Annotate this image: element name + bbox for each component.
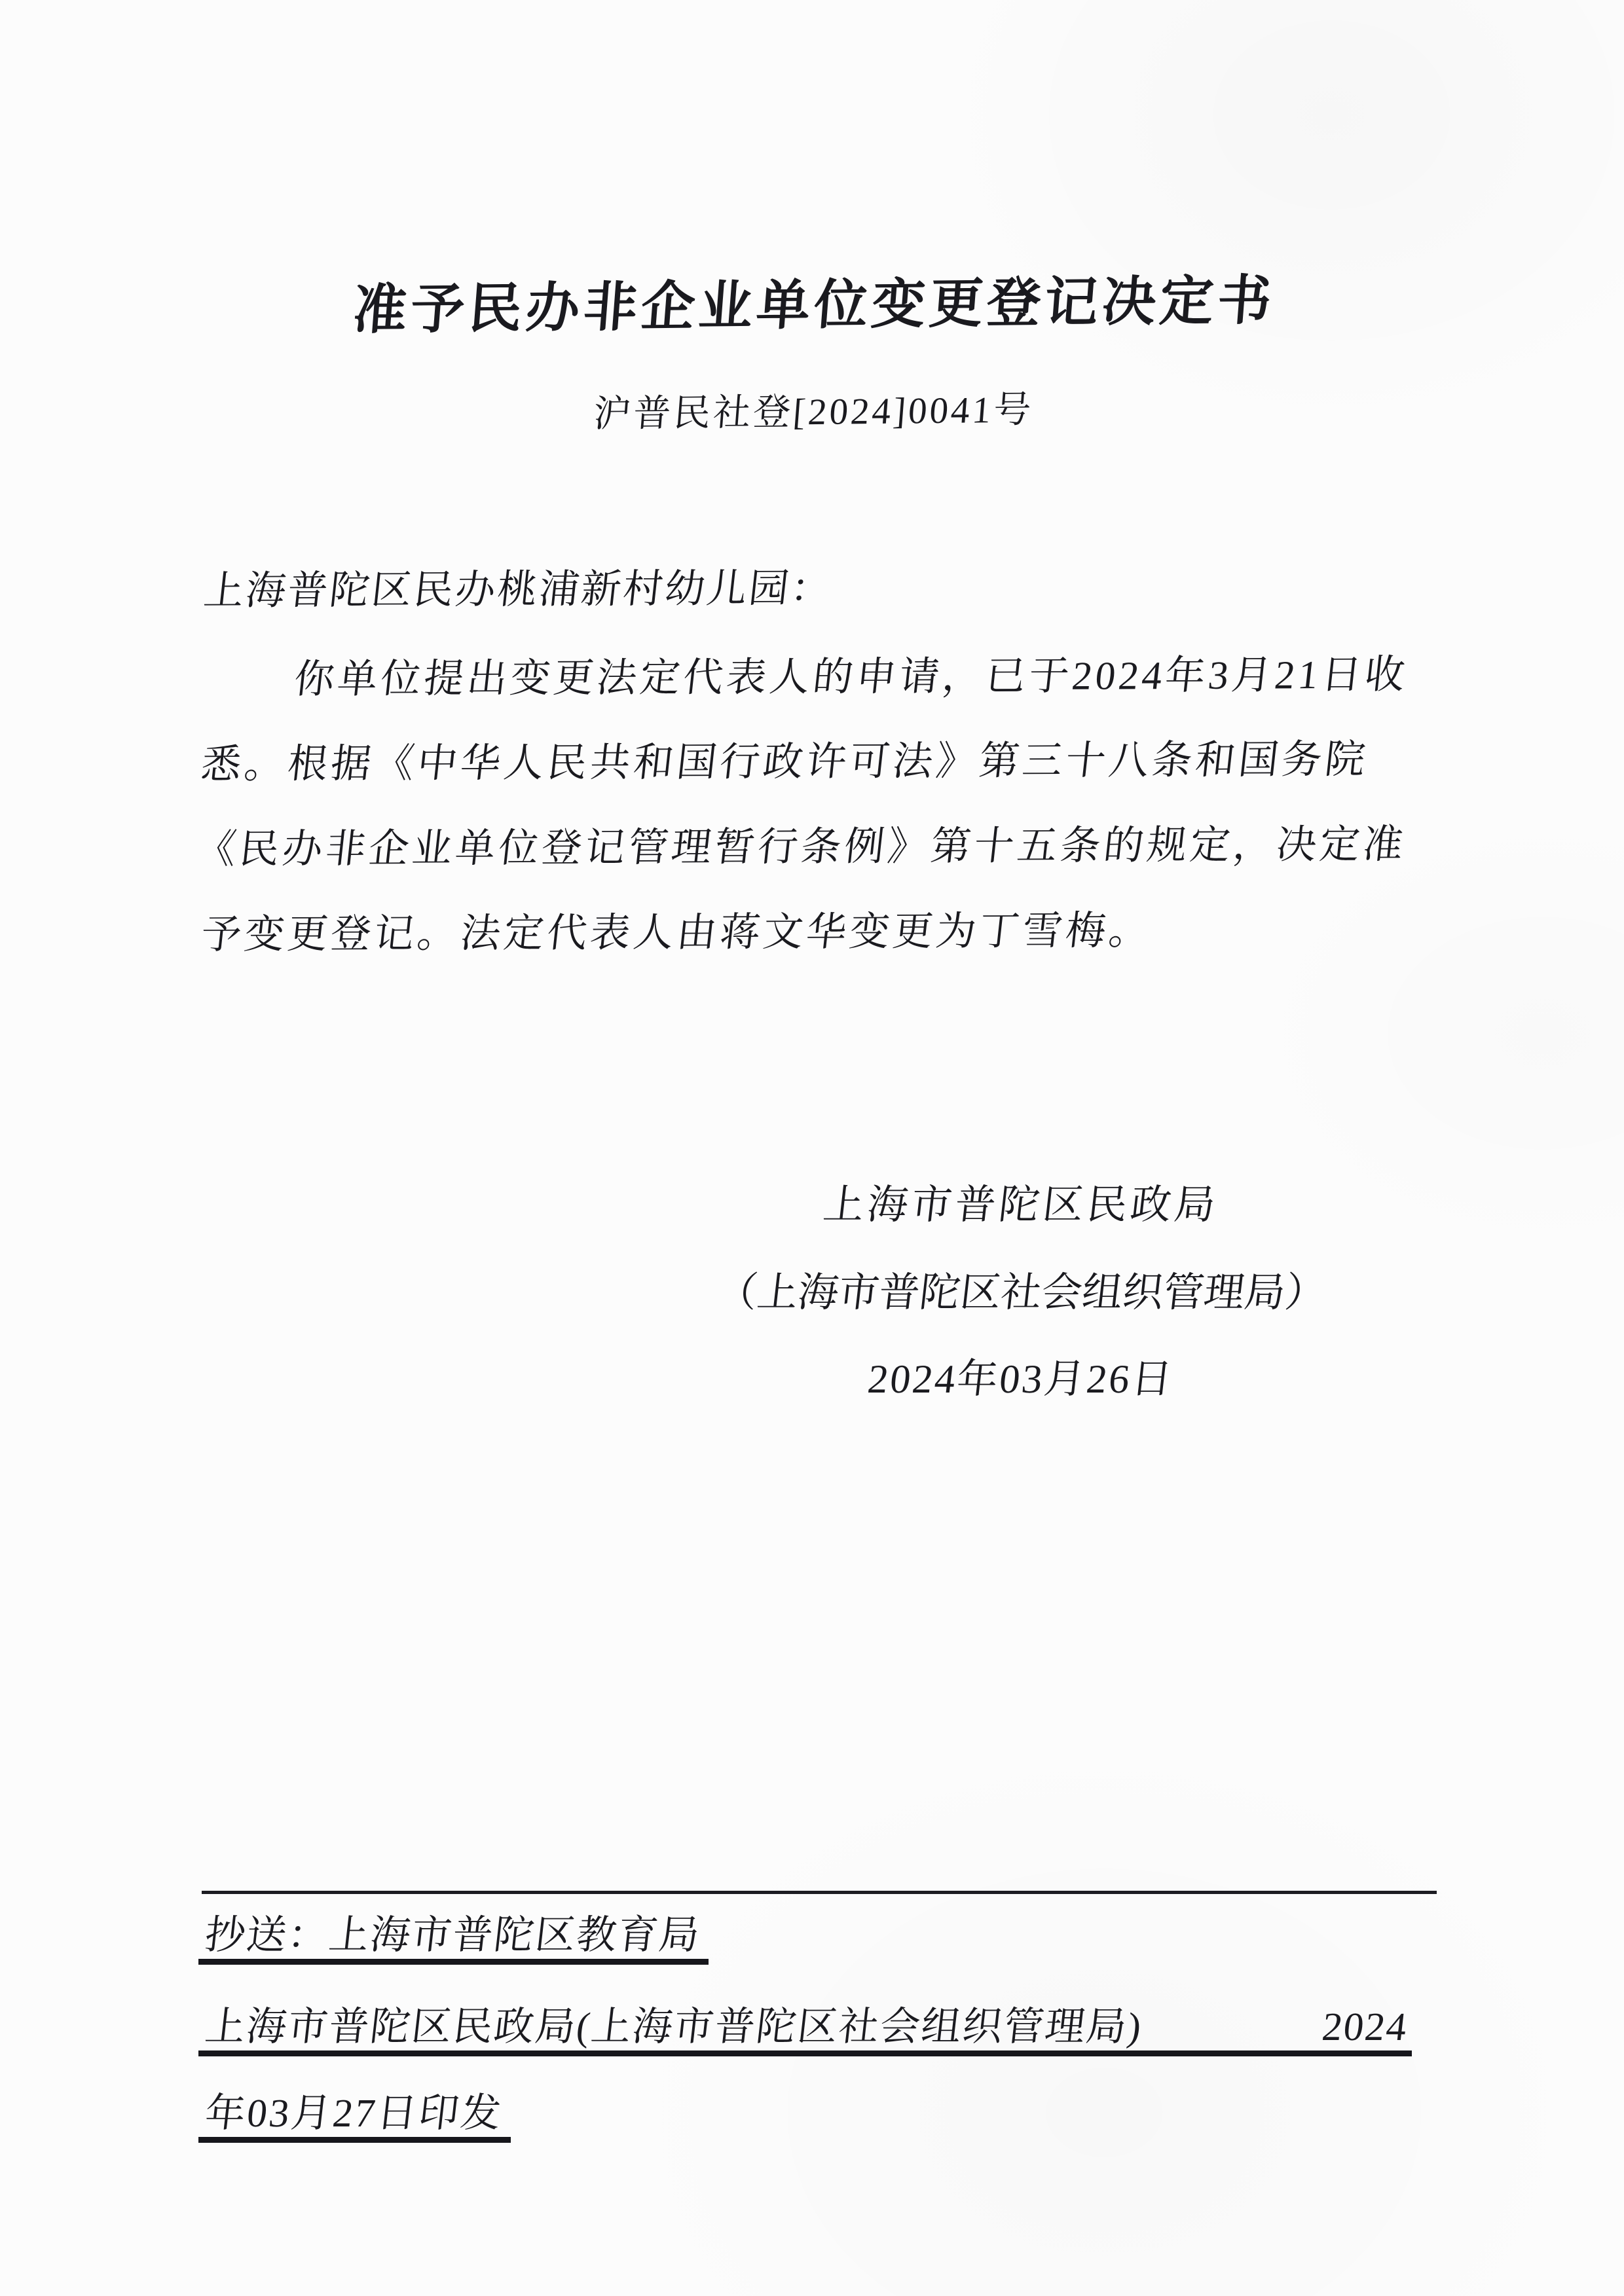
body-line: 你单位提出变更法定代表人的申请，已于2024年3月21日收 (292, 660, 1406, 700)
document-number-row: 沪普民社登[2024]0041号 (0, 393, 1624, 431)
body-line-text: 你单位提出变更法定代表人的申请，已于2024年3月21日收 (292, 655, 1410, 700)
body-line-text: 《民办非企业单位登记管理暂行条例》第十五条的规定，决定准 (194, 825, 1409, 870)
addressee: 上海普陀区民办桃浦新村幼儿园： (202, 569, 835, 611)
body-line-text: 悉。根据《中华人民共和国行政许可法》第三十八条和国务院 (199, 740, 1371, 785)
body-line: 予变更登记。法定代表人由蒋文华变更为丁雪梅。 (199, 915, 1150, 955)
body-line: 悉。根据《中华人民共和国行政许可法》第三十八条和国务院 (199, 745, 1366, 785)
signature-authority-alt: （上海市普陀区社会组织管理局） (714, 1273, 1328, 1313)
addressee-row: 上海普陀区民办桃浦新村幼儿园： (202, 572, 830, 611)
document-number: 沪普民社登[2024]0041号 (592, 391, 1035, 433)
document-title: 准予民办非企业单位变更登记决定书 (351, 274, 1277, 338)
footer-issue-year: 2024 (1320, 2007, 1410, 2047)
document-title-row: 准予民办非企业单位变更登记决定书 (0, 279, 1624, 333)
footer-cc-text: 抄送：上海市普陀区教育局 (203, 1916, 703, 1956)
document-page: 准予民办非企业单位变更登记决定书 沪普民社登[2024]0041号 上海普陀区民… (0, 0, 1624, 2296)
signature-authority: 上海市普陀区民政局 (821, 1185, 1221, 1226)
footer-issue-date-line: 年03月27日印发 (198, 2094, 511, 2143)
body-line-text: 予变更登记。法定代表人由蒋文华变更为丁雪梅。 (199, 911, 1154, 955)
footer-issuer-line: 上海市普陀区民政局(上海市普陀区社会组织管理局) 2024 (198, 2007, 1412, 2056)
signature-authority-row: 上海市普陀区民政局 (655, 1185, 1383, 1226)
signature-date-row: 2024年03月26日 (655, 1359, 1383, 1400)
footer-issue-date-text: 年03月27日印发 (203, 2094, 505, 2134)
footer-cc-line: 抄送：上海市普陀区教育局 (198, 1916, 709, 1965)
body-line: 《民办非企业单位登记管理暂行条例》第十五条的规定，决定准 (194, 830, 1404, 870)
footer-issuer-text: 上海市普陀区民政局(上海市普陀区社会组织管理局) (203, 2007, 1145, 2047)
signature-authority-alt-row: （上海市普陀区社会组织管理局） (655, 1273, 1383, 1313)
footer-divider (202, 1891, 1437, 1894)
signature-date: 2024年03月26日 (866, 1359, 1176, 1400)
